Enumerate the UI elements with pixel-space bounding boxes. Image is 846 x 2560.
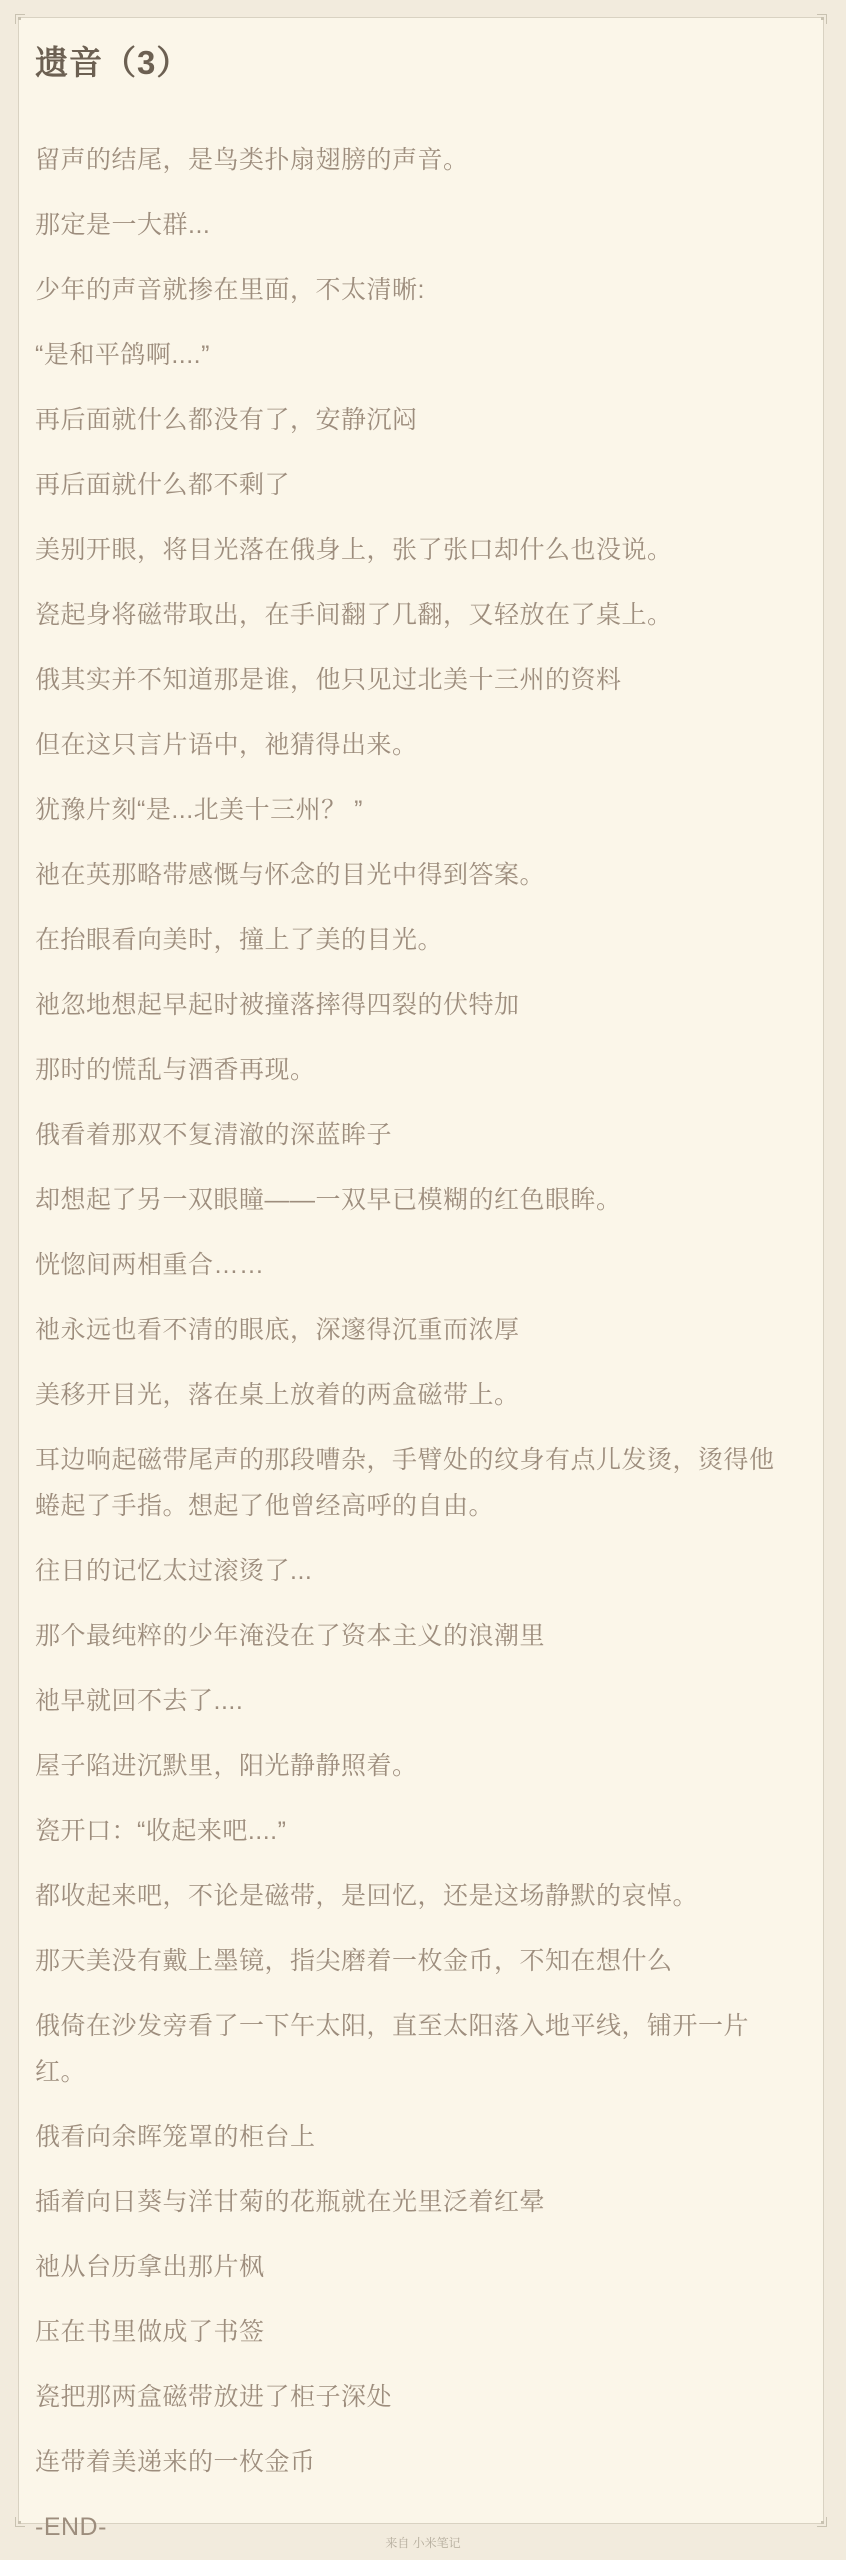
note-body: 留声的结尾，是鸟类扑扇翅膀的声音。那定是一大群...少年的声音就掺在里面，不太清… [35, 137, 797, 2550]
note-title: 遗音（3） [35, 39, 797, 87]
note-paragraph: 再后面就什么都不剩了 [35, 462, 797, 508]
note-paragraph: 俄倚在沙发旁看了一下午太阳，直至太阳落入地平线，铺开一片红。 [35, 2003, 797, 2095]
note-paragraph: 俄看向余晖笼罩的柜台上 [35, 2114, 797, 2160]
note-paragraph: 祂忽地想起早起时被撞落摔得四裂的伏特加 [35, 982, 797, 1028]
note-paragraph: 祂早就回不去了.... [35, 1678, 797, 1724]
note-paragraph: 美移开目光，落在桌上放着的两盒磁带上。 [35, 1372, 797, 1418]
note-paragraph: 那个最纯粹的少年淹没在了资本主义的浪潮里 [35, 1613, 797, 1659]
note-share-card: 遗音（3） 留声的结尾，是鸟类扑扇翅膀的声音。那定是一大群...少年的声音就掺在… [18, 17, 824, 2524]
note-paragraph: 那定是一大群... [35, 202, 797, 248]
note-paragraph: 少年的声音就掺在里面，不太清晰: [35, 267, 797, 313]
note-content: 遗音（3） 留声的结尾，是鸟类扑扇翅膀的声音。那定是一大群...少年的声音就掺在… [19, 18, 823, 2550]
frame-corner-icon [817, 14, 827, 24]
note-paragraph: 那时的慌乱与酒香再现。 [35, 1047, 797, 1093]
source-attribution: 来自 小米笔记 [0, 2534, 846, 2551]
note-paragraph: 连带着美递来的一枚金币 [35, 2439, 797, 2485]
note-paragraph: 那天美没有戴上墨镜，指尖磨着一枚金币，不知在想什么 [35, 1938, 797, 1984]
note-paragraph: 屋子陷进沉默里，阳光静静照着。 [35, 1743, 797, 1789]
note-paragraph: 祂永远也看不清的眼底，深邃得沉重而浓厚 [35, 1307, 797, 1353]
note-paragraph: 再后面就什么都没有了，安静沉闷 [35, 397, 797, 443]
note-paragraph: 插着向日葵与洋甘菊的花瓶就在光里泛着红晕 [35, 2179, 797, 2225]
note-paragraph: 却想起了另一双眼瞳——一双早已模糊的红色眼眸。 [35, 1177, 797, 1223]
note-paragraph: 俄看着那双不复清澈的深蓝眸子 [35, 1112, 797, 1158]
note-paragraph: 都收起来吧，不论是磁带，是回忆，还是这场静默的哀悼。 [35, 1873, 797, 1919]
note-paragraph: 压在书里做成了书签 [35, 2309, 797, 2355]
frame-corner-icon [15, 2517, 25, 2527]
note-paragraph: 美别开眼，将目光落在俄身上，张了张口却什么也没说。 [35, 527, 797, 573]
note-paragraph: 留声的结尾，是鸟类扑扇翅膀的声音。 [35, 137, 797, 183]
note-paragraph: 祂从台历拿出那片枫 [35, 2244, 797, 2290]
note-paragraph: 犹豫片刻“是...北美十三州？ ” [35, 787, 797, 833]
note-paragraph: 往日的记忆太过滚烫了... [35, 1548, 797, 1594]
note-paragraph: 瓷把那两盒磁带放进了柜子深处 [35, 2374, 797, 2420]
note-paragraph: 俄其实并不知道那是谁，他只见过北美十三州的资料 [35, 657, 797, 703]
note-paragraph: 耳边响起磁带尾声的那段嘈杂，手臂处的纹身有点儿发烫，烫得他蜷起了手指。想起了他曾… [35, 1437, 797, 1529]
note-paragraph: “是和平鸽啊....” [35, 332, 797, 378]
note-paragraph: 瓷起身将磁带取出，在手间翻了几翻，又轻放在了桌上。 [35, 592, 797, 638]
note-paragraph: 在抬眼看向美时，撞上了美的目光。 [35, 917, 797, 963]
note-paragraph: 瓷开口：“收起来吧....” [35, 1808, 797, 1854]
note-paragraph: 祂在英那略带感慨与怀念的目光中得到答案。 [35, 852, 797, 898]
note-paragraph: 但在这只言片语中，祂猜得出来。 [35, 722, 797, 768]
frame-corner-icon [15, 14, 25, 24]
note-paragraph: 恍惚间两相重合…… [35, 1242, 797, 1288]
frame-corner-icon [817, 2517, 827, 2527]
